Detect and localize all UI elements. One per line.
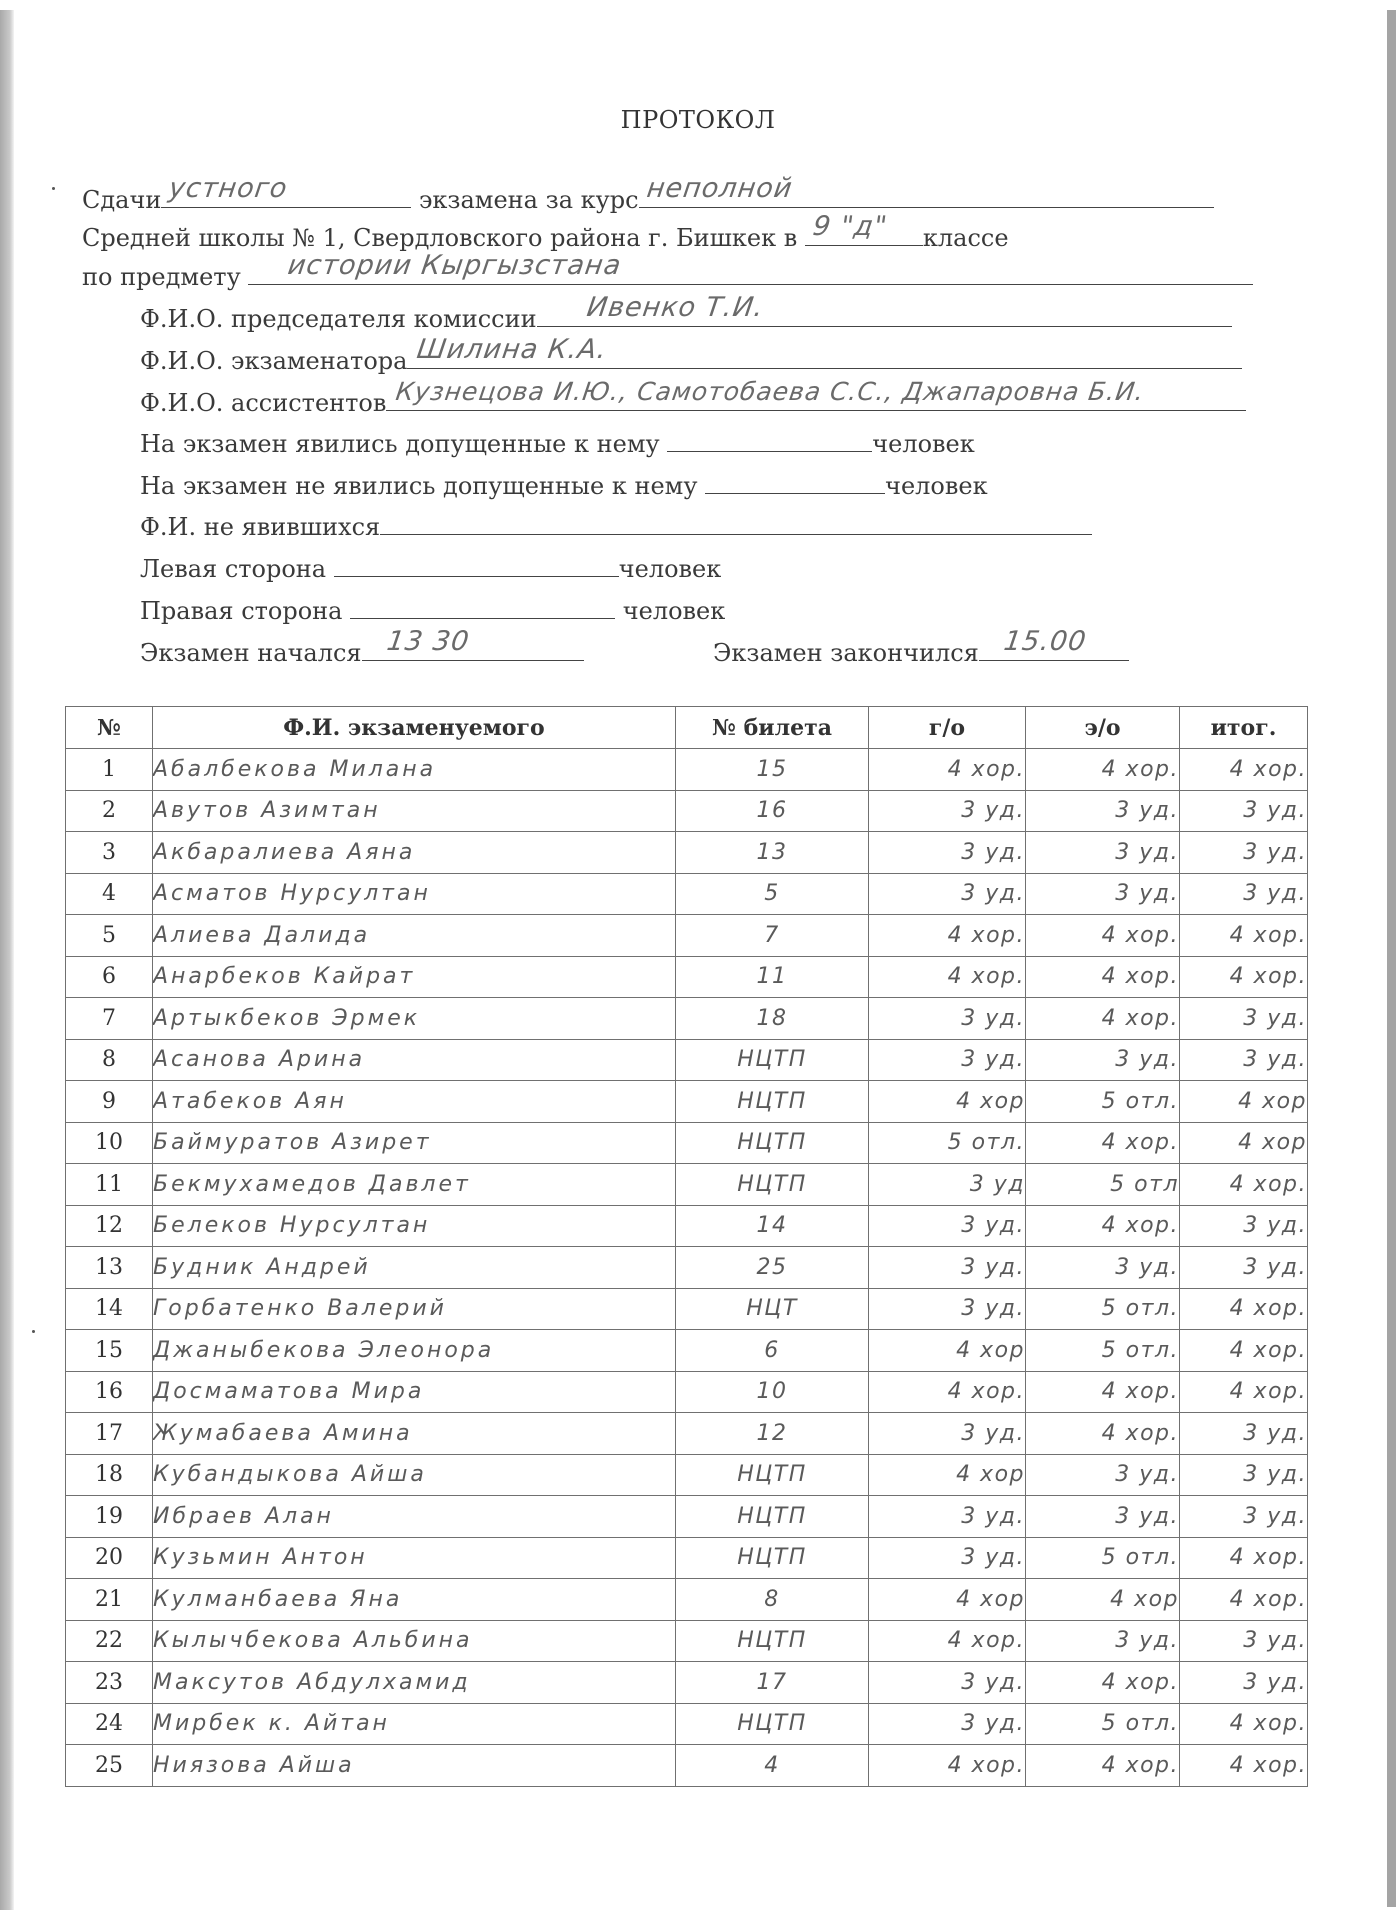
left-side-label: Левая сторона (140, 555, 326, 583)
end-field[interactable]: 15.00 (979, 634, 1129, 661)
ticket-number: НЦТП (676, 1039, 869, 1081)
absent-field[interactable] (705, 467, 885, 494)
exam-grade: 3 уд. (1026, 790, 1180, 832)
written-grade: 3 уд. (869, 1537, 1026, 1579)
row-number: 9 (66, 1081, 153, 1123)
written-grade: 5 отл. (869, 1122, 1026, 1164)
student-name: Кубандыкова Айша (153, 1454, 676, 1496)
table-row: 8Асанова АринаНЦТП3 уд.3 уд.3 уд. (66, 1039, 1308, 1081)
written-grade: 4 хор (869, 1330, 1026, 1372)
total-grade: 4 хор. (1180, 1288, 1308, 1330)
total-grade: 4 хор. (1180, 1579, 1308, 1621)
school-label: Средней школы № 1, Свердловского района … (82, 224, 797, 252)
total-grade: 4 хор. (1180, 1164, 1308, 1206)
written-grade: 3 уд (869, 1164, 1026, 1206)
exam-grade: 5 отл. (1026, 1288, 1180, 1330)
total-grade: 3 уд. (1180, 832, 1308, 874)
course-value: неполной (644, 173, 794, 205)
field-end-line: Экзамен закончился15.00 (713, 634, 1129, 666)
examiner-label: Ф.И.О. экзаменатора (140, 347, 407, 375)
row-number: 1 (66, 749, 153, 791)
total-grade: 4 хор. (1180, 915, 1308, 957)
student-name: Бекмухамедов Давлет (153, 1164, 676, 1206)
exam-grade: 4 хор. (1026, 998, 1180, 1040)
table-row: 15Джаныбекова Элеонора64 хор5 отл.4 хор. (66, 1330, 1308, 1372)
row-number: 5 (66, 915, 153, 957)
student-name: Будник Андрей (153, 1247, 676, 1289)
class-value: 9 "д" (811, 211, 890, 243)
table-row: 18Кубандыкова АйшаНЦТП4 хор3 уд.3 уд. (66, 1454, 1308, 1496)
ticket-number: 12 (676, 1413, 869, 1455)
subject-label: по предмету (82, 263, 241, 291)
present-field[interactable] (667, 425, 872, 452)
total-grade: 3 уд. (1180, 1662, 1308, 1704)
header-number: № (66, 707, 153, 749)
written-grade: 4 хор. (869, 1745, 1026, 1787)
table-row: 23Максутов Абдулхамид173 уд.4 хор.3 уд. (66, 1662, 1308, 1704)
written-grade: 4 хор (869, 1579, 1026, 1621)
total-grade: 4 хор (1180, 1122, 1308, 1164)
end-label: Экзамен закончился (713, 639, 979, 667)
ticket-number: 11 (676, 956, 869, 998)
row-number: 14 (66, 1288, 153, 1330)
written-grade: 4 хор. (869, 956, 1026, 998)
row-number: 2 (66, 790, 153, 832)
total-grade: 3 уд. (1180, 1496, 1308, 1538)
exam-grade: 4 хор. (1026, 1122, 1180, 1164)
written-grade: 4 хор. (869, 1371, 1026, 1413)
right-side-label: Правая сторона (140, 597, 342, 625)
field-left-side-line: Левая сторона человек (140, 550, 721, 582)
start-field[interactable]: 13 30 (362, 634, 584, 661)
exam-grade: 4 хор. (1026, 1745, 1180, 1787)
class-field[interactable]: 9 "д" (805, 219, 923, 246)
row-number: 25 (66, 1745, 153, 1787)
ticket-number: НЦТП (676, 1081, 869, 1123)
course-label: экзамена за курс (419, 186, 639, 214)
exam-grade: 4 хор (1026, 1579, 1180, 1621)
exam-grade: 4 хор. (1026, 1371, 1180, 1413)
right-side-suffix: человек (623, 597, 725, 625)
row-number: 13 (66, 1247, 153, 1289)
exam-grade: 3 уд. (1026, 1247, 1180, 1289)
student-name: Горбатенко Валерий (153, 1288, 676, 1330)
ticket-number: 17 (676, 1662, 869, 1704)
row-number: 20 (66, 1537, 153, 1579)
table-row: 17Жумабаева Амина123 уд.4 хор.3 уд. (66, 1413, 1308, 1455)
row-number: 3 (66, 832, 153, 874)
exam-grade: 3 уд. (1026, 1039, 1180, 1081)
row-number: 23 (66, 1662, 153, 1704)
total-grade: 4 хор. (1180, 1745, 1308, 1787)
left-side-field[interactable] (334, 550, 619, 577)
row-number: 16 (66, 1371, 153, 1413)
student-name: Ибраев Алан (153, 1496, 676, 1538)
exam-grade: 4 хор. (1026, 749, 1180, 791)
table-row: 7Артыкбеков Эрмек183 уд.4 хор.3 уд. (66, 998, 1308, 1040)
total-grade: 4 хор. (1180, 1330, 1308, 1372)
total-grade: 4 хор. (1180, 1537, 1308, 1579)
student-name: Ниязова Айша (153, 1745, 676, 1787)
written-grade: 3 уд. (869, 1039, 1026, 1081)
field-chair-line: Ф.И.О. председателя комиссииИвенко Т.И. (140, 300, 1232, 332)
written-grade: 4 хор (869, 1454, 1026, 1496)
present-label: На экзамен явились допущенные к нему (140, 430, 660, 458)
ticket-number: НЦТП (676, 1122, 869, 1164)
exam-grade: 5 отл. (1026, 1537, 1180, 1579)
field-subject-line: по предмету истории Кыргызстана (82, 258, 1253, 290)
field-exam-type-line: Сдачиустного экзамена за курснеполной (82, 181, 1214, 213)
field-present-line: На экзамен явились допущенные к нему чел… (140, 425, 975, 457)
subject-value: истории Кыргызстана (286, 250, 624, 282)
header-ticket-number: № билета (676, 707, 869, 749)
student-name: Джаныбекова Элеонора (153, 1330, 676, 1372)
table-row: 13Будник Андрей253 уд.3 уд.3 уд. (66, 1247, 1308, 1289)
ticket-number: 5 (676, 873, 869, 915)
start-label: Экзамен начался (140, 639, 362, 667)
student-name: Кулманбаева Яна (153, 1579, 676, 1621)
table-row: 21Кулманбаева Яна84 хор4 хор4 хор. (66, 1579, 1308, 1621)
document-title: ПРОТОКОЛ (0, 106, 1396, 134)
row-number: 18 (66, 1454, 153, 1496)
row-number: 6 (66, 956, 153, 998)
ticket-number: НЦТП (676, 1703, 869, 1745)
ticket-number: 25 (676, 1247, 869, 1289)
student-name: Атабеков Аян (153, 1081, 676, 1123)
student-name: Асматов Нурсултан (153, 873, 676, 915)
table-row: 2Авутов Азимтан163 уд.3 уд.3 уд. (66, 790, 1308, 832)
ticket-number: 14 (676, 1205, 869, 1247)
exam-grade: 3 уд. (1026, 873, 1180, 915)
table-row: 3Акбаралиева Аяна133 уд.3 уд.3 уд. (66, 832, 1308, 874)
written-grade: 3 уд. (869, 790, 1026, 832)
subject-field[interactable]: истории Кыргызстана (248, 258, 1253, 285)
exam-grade: 3 уд. (1026, 832, 1180, 874)
written-grade: 3 уд. (869, 1205, 1026, 1247)
row-number: 7 (66, 998, 153, 1040)
table-row: 25Ниязова Айша44 хор.4 хор.4 хор. (66, 1745, 1308, 1787)
student-name: Акбаралиева Аяна (153, 832, 676, 874)
table-row: 6Анарбеков Кайрат114 хор.4 хор.4 хор. (66, 956, 1308, 998)
table-body: 1Абалбекова Милана154 хор.4 хор.4 хор.2А… (66, 749, 1308, 1787)
row-number: 8 (66, 1039, 153, 1081)
ticket-number: 10 (676, 1371, 869, 1413)
exam-grade: 5 отл. (1026, 1330, 1180, 1372)
row-number: 22 (66, 1620, 153, 1662)
exam-grade: 3 уд. (1026, 1454, 1180, 1496)
examiner-value: Шилина К.А. (415, 334, 609, 366)
table-row: 9Атабеков АянНЦТП4 хор5 отл.4 хор (66, 1081, 1308, 1123)
written-grade: 4 хор. (869, 749, 1026, 791)
exam-grade: 4 хор. (1026, 1205, 1180, 1247)
total-grade: 4 хор. (1180, 1703, 1308, 1745)
written-grade: 3 уд. (869, 1413, 1026, 1455)
end-value: 15.00 (1002, 626, 1089, 658)
field-assistants-line: Ф.И.О. ассистентовКузнецова И.Ю., Самото… (140, 384, 1246, 416)
written-grade: 4 хор. (869, 1620, 1026, 1662)
total-grade: 3 уд. (1180, 998, 1308, 1040)
header-total-grade: итог. (1180, 707, 1308, 749)
ticket-number: 4 (676, 1745, 869, 1787)
exam-grade: 4 хор. (1026, 956, 1180, 998)
student-name: Жумабаева Амина (153, 1413, 676, 1455)
class-suffix: классе (923, 224, 1009, 252)
ticket-number: НЦТП (676, 1454, 869, 1496)
row-number: 12 (66, 1205, 153, 1247)
ticket-number: НЦТП (676, 1496, 869, 1538)
total-grade: 3 уд. (1180, 1620, 1308, 1662)
written-grade: 3 уд. (869, 873, 1026, 915)
written-grade: 3 уд. (869, 1703, 1026, 1745)
total-grade: 3 уд. (1180, 1039, 1308, 1081)
student-name: Мирбек к. Айтан (153, 1703, 676, 1745)
exam-grade: 4 хор. (1026, 915, 1180, 957)
assistants-label: Ф.И.О. ассистентов (140, 389, 386, 417)
exam-grade: 5 отл (1026, 1164, 1180, 1206)
table-row: 5Алиева Далида74 хор.4 хор.4 хор. (66, 915, 1308, 957)
student-name: Абалбекова Милана (153, 749, 676, 791)
scan-speck (32, 1330, 35, 1333)
ticket-number: 16 (676, 790, 869, 832)
chair-label: Ф.И.О. председателя комиссии (140, 305, 537, 333)
row-number: 17 (66, 1413, 153, 1455)
scan-edge-left (0, 10, 14, 1910)
student-name: Анарбеков Кайрат (153, 956, 676, 998)
exam-grade: 4 хор. (1026, 1662, 1180, 1704)
table-row: 20Кузьмин АнтонНЦТП3 уд.5 отл.4 хор. (66, 1537, 1308, 1579)
scan-edge-right (1387, 10, 1396, 1907)
field-right-side-line: Правая сторона человек (140, 592, 725, 624)
written-grade: 3 уд. (869, 832, 1026, 874)
present-suffix: человек (872, 430, 974, 458)
exam-type-value: устного (167, 173, 290, 205)
row-number: 19 (66, 1496, 153, 1538)
table-row: 1Абалбекова Милана154 хор.4 хор.4 хор. (66, 749, 1308, 791)
exam-type-label: Сдачи (82, 186, 161, 214)
exam-grade: 3 уд. (1026, 1620, 1180, 1662)
field-start-line: Экзамен начался13 30 (140, 634, 584, 666)
student-name: Авутов Азимтан (153, 790, 676, 832)
table-row: 10Баймуратов АзиретНЦТП5 отл.4 хор.4 хор (66, 1122, 1308, 1164)
header-written-grade: г/о (869, 707, 1026, 749)
written-grade: 3 уд. (869, 1496, 1026, 1538)
table-row: 12Белеков Нурсултан143 уд.4 хор.3 уд. (66, 1205, 1308, 1247)
table-row: 19Ибраев АланНЦТП3 уд.3 уд.3 уд. (66, 1496, 1308, 1538)
chair-field[interactable]: Ивенко Т.И. (537, 300, 1232, 327)
student-name: Кылычбекова Альбина (153, 1620, 676, 1662)
absent-label: На экзамен не явились допущенные к нему (140, 472, 697, 500)
total-grade: 4 хор (1180, 1081, 1308, 1123)
ticket-number: НЦТ (676, 1288, 869, 1330)
ticket-number: НЦТП (676, 1164, 869, 1206)
chair-value: Ивенко Т.И. (584, 292, 765, 324)
scan-speck (52, 187, 55, 190)
right-side-field[interactable] (350, 592, 615, 619)
examiner-field[interactable]: Шилина К.А. (407, 342, 1242, 369)
student-name: Асанова Арина (153, 1039, 676, 1081)
start-value: 13 30 (384, 626, 471, 658)
table-row: 4Асматов Нурсултан53 уд.3 уд.3 уд. (66, 873, 1308, 915)
row-number: 21 (66, 1579, 153, 1621)
written-grade: 4 хор (869, 1081, 1026, 1123)
exam-grade: 3 уд. (1026, 1496, 1180, 1538)
ticket-number: 7 (676, 915, 869, 957)
exam-results-table: № Ф.И. экзаменуемого № билета г/о э/о ит… (65, 706, 1308, 1787)
student-name: Досмаматова Мира (153, 1371, 676, 1413)
total-grade: 4 хор. (1180, 749, 1308, 791)
field-school-line: Средней школы № 1, Свердловского района … (82, 219, 1009, 251)
table-row: 11Бекмухамедов ДавлетНЦТП3 уд5 отл4 хор. (66, 1164, 1308, 1206)
header-student-name: Ф.И. экзаменуемого (153, 707, 676, 749)
table-header-row: № Ф.И. экзаменуемого № билета г/о э/о ит… (66, 707, 1308, 749)
table-row: 16Досмаматова Мира104 хор.4 хор.4 хор. (66, 1371, 1308, 1413)
exam-grade: 5 отл. (1026, 1703, 1180, 1745)
written-grade: 4 хор. (869, 915, 1026, 957)
total-grade: 3 уд. (1180, 873, 1308, 915)
total-grade: 4 хор. (1180, 1371, 1308, 1413)
total-grade: 3 уд. (1180, 790, 1308, 832)
student-name: Баймуратов Азирет (153, 1122, 676, 1164)
field-examiner-line: Ф.И.О. экзаменатораШилина К.А. (140, 342, 1242, 374)
exam-type-field[interactable]: устного (161, 181, 411, 208)
row-number: 10 (66, 1122, 153, 1164)
row-number: 15 (66, 1330, 153, 1372)
ticket-number: 18 (676, 998, 869, 1040)
course-field[interactable]: неполной (639, 181, 1214, 208)
ticket-number: 13 (676, 832, 869, 874)
ticket-number: НЦТП (676, 1620, 869, 1662)
ticket-number: 15 (676, 749, 869, 791)
header-exam-grade: э/о (1026, 707, 1180, 749)
exam-grade: 4 хор. (1026, 1413, 1180, 1455)
student-name: Белеков Нурсултан (153, 1205, 676, 1247)
total-grade: 4 хор. (1180, 956, 1308, 998)
row-number: 4 (66, 873, 153, 915)
written-grade: 3 уд. (869, 998, 1026, 1040)
student-name: Артыкбеков Эрмек (153, 998, 676, 1040)
exam-grade: 5 отл. (1026, 1081, 1180, 1123)
table-row: 24Мирбек к. АйтанНЦТП3 уд.5 отл.4 хор. (66, 1703, 1308, 1745)
absent-names-label: Ф.И. не явившихся (140, 513, 380, 541)
row-number: 11 (66, 1164, 153, 1206)
assistants-value: Кузнецова И.Ю., Самотобаева С.С., Джапар… (394, 376, 1147, 408)
left-side-suffix: человек (619, 555, 721, 583)
table-row: 14Горбатенко ВалерийНЦТ3 уд.5 отл.4 хор. (66, 1288, 1308, 1330)
absent-suffix: человек (885, 472, 987, 500)
field-absent-names-line: Ф.И. не явившихся (140, 508, 1092, 540)
absent-names-field[interactable] (380, 508, 1092, 535)
total-grade: 3 уд. (1180, 1205, 1308, 1247)
ticket-number: 8 (676, 1579, 869, 1621)
student-name: Максутов Абдулхамид (153, 1662, 676, 1704)
row-number: 24 (66, 1703, 153, 1745)
total-grade: 3 уд. (1180, 1454, 1308, 1496)
student-name: Кузьмин Антон (153, 1537, 676, 1579)
ticket-number: НЦТП (676, 1537, 869, 1579)
assistants-field[interactable]: Кузнецова И.Ю., Самотобаева С.С., Джапар… (386, 384, 1246, 411)
written-grade: 3 уд. (869, 1288, 1026, 1330)
ticket-number: 6 (676, 1330, 869, 1372)
student-name: Алиева Далида (153, 915, 676, 957)
written-grade: 3 уд. (869, 1662, 1026, 1704)
table-row: 22Кылычбекова АльбинаНЦТП4 хор.3 уд.3 уд… (66, 1620, 1308, 1662)
total-grade: 3 уд. (1180, 1413, 1308, 1455)
field-absent-line: На экзамен не явились допущенные к нему … (140, 467, 988, 499)
written-grade: 3 уд. (869, 1247, 1026, 1289)
total-grade: 3 уд. (1180, 1247, 1308, 1289)
